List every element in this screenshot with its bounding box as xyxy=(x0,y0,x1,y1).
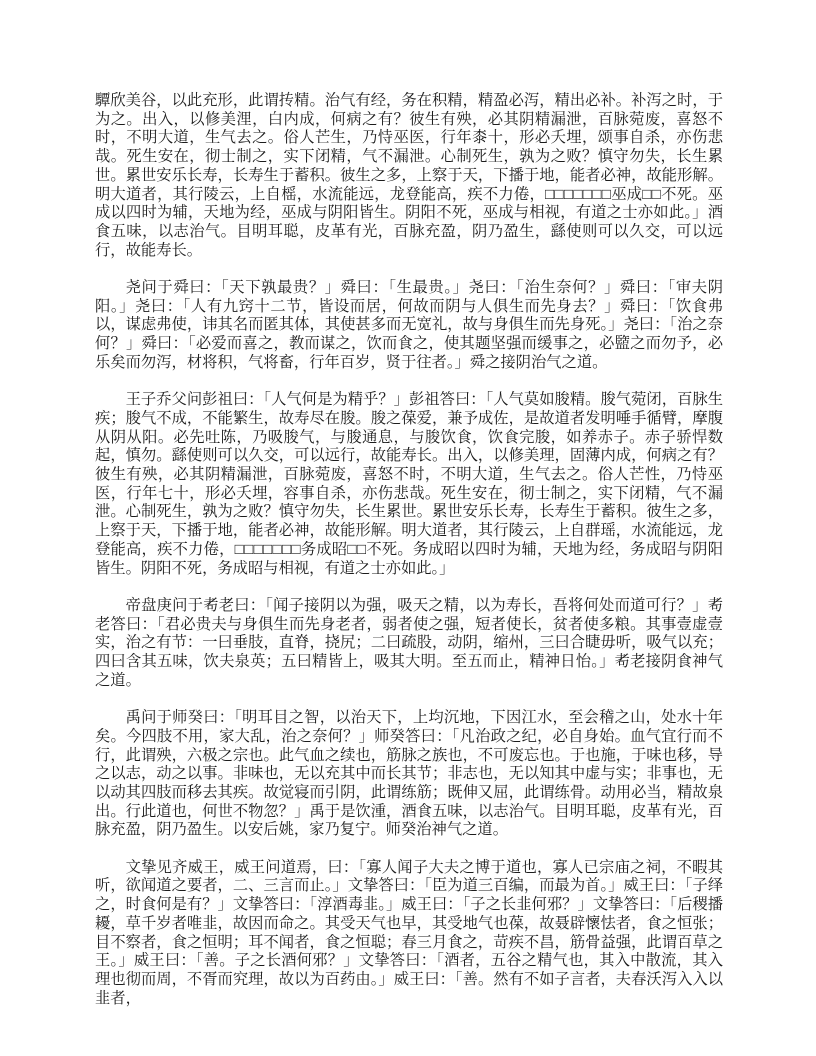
paragraph-1: 驔欣美谷，以此充形，此谓抟精。治气有经，务在积精，精盈必泻，精出必补。补泻之时，… xyxy=(95,92,723,260)
paragraph-4: 帝盘庚问于耇老曰：「闻子接阴以为强，吸天之精，以为寿长，吾将何处而道可行？」耇老… xyxy=(95,597,723,691)
paragraph-2: 尧问于舜曰：「天下孰最贵？」舜曰：「生最贵。」尧曰：「治生奈何？」舜曰：「审夫阴… xyxy=(95,279,723,373)
document-page: 驔欣美谷，以此充形，此谓抟精。治气有经，务在积精，精盈必泻，精出必补。补泻之时，… xyxy=(0,0,816,1056)
paragraph-3: 王子乔父问彭祖曰：「人气何是为精乎？」彭祖答曰：「人气莫如朘精。朘气菀闭，百脉生… xyxy=(95,391,723,578)
paragraph-6: 文挚见齐威王，威王问道焉，曰：「寡人闻子大夫之博于道也，寡人已宗庙之祠，不暇其听… xyxy=(95,859,723,1009)
paragraph-5: 禹问于师癸曰：「明耳目之智，以治天下，上均沉地，下因江水，至会稽之山，处水十年矣… xyxy=(95,709,723,840)
